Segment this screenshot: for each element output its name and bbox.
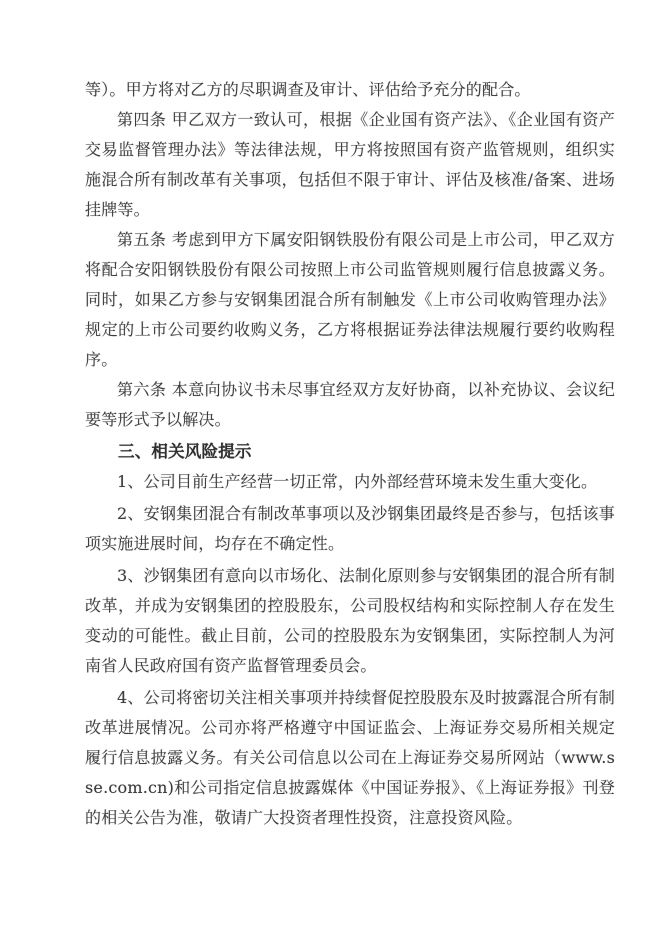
risk-item-1: 1、公司目前生产经营一切正常，内外部经营环境未发生重大变化。: [85, 467, 615, 497]
document-page: 等）。甲方将对乙方的尽职调查及审计、评估给予充分的配合。 第四条 甲乙双方一致认…: [85, 75, 615, 833]
article-6-clause: 第六条 本意向协议书未尽事宜经双方友好协商，以补充协议、会议纪要等形式予以解决。: [85, 375, 615, 435]
risk-item-3: 3、沙钢集团有意向以市场化、法制化原则参与安钢集团的混合所有制改革，并成为安钢集…: [85, 561, 615, 681]
risk-section-heading: 三、相关风险提示: [85, 437, 615, 467]
article-5-clause: 第五条 考虑到甲方下属安阳钢铁股份有限公司是上市公司，甲乙双方将配合安阳钢铁股份…: [85, 225, 615, 375]
article-4-clause: 第四条 甲乙双方一致认可，根据《企业国有资产法》、《企业国有资产交易监督管理办法…: [85, 105, 615, 225]
risk-item-4: 4、公司将密切关注相关事项并持续督促控股股东及时披露混合所有制改革进展情况。公司…: [85, 683, 615, 833]
continued-paragraph: 等）。甲方将对乙方的尽职调查及审计、评估给予充分的配合。: [85, 75, 615, 105]
risk-item-2: 2、安钢集团混合有制改革事项以及沙钢集团最终是否参与，包括该事项实施进展时间，均…: [85, 499, 615, 559]
